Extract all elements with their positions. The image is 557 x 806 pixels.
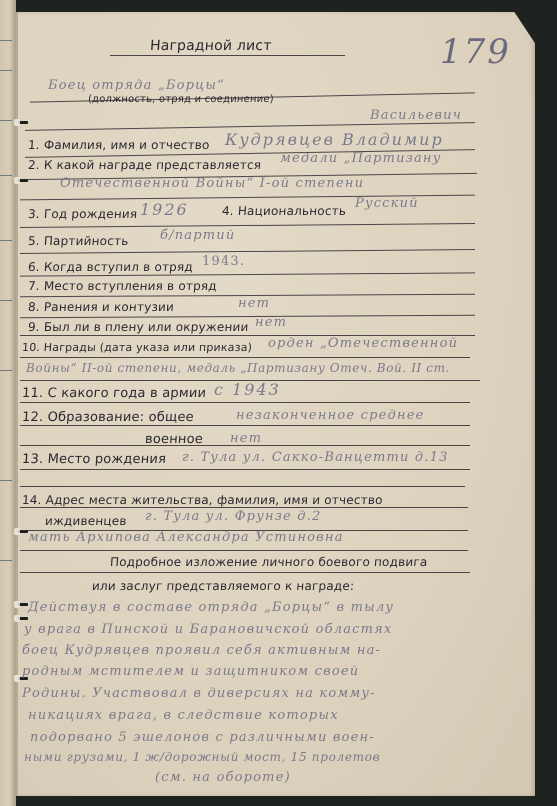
- narrative-line: у врага в Пинской и Барановичской област…: [24, 622, 393, 637]
- field-value-prior-awards: орден „Отечественной: [268, 336, 458, 351]
- field-value-birth-year: 1926: [140, 200, 189, 219]
- field-value-army-since: с 1943: [214, 380, 281, 399]
- section-heading-feat: Подробное изложение личного боевого подв…: [110, 555, 428, 569]
- rule: [20, 357, 470, 358]
- rule: [20, 550, 468, 551]
- field-value-award-cont: Отечественной Войны“ I-ой степени: [60, 176, 364, 191]
- rule: [20, 507, 468, 508]
- document-title: Наградной лист: [149, 38, 272, 54]
- narrative-line: родным мстителем и защитником своей: [22, 664, 359, 679]
- field-label-prior-awards: 10. Награды (дата указа или приказа): [22, 341, 253, 354]
- rule: [20, 486, 465, 487]
- binding-hole: [18, 603, 28, 606]
- field-value-nationality: Русский: [355, 196, 419, 211]
- rule: [20, 425, 470, 426]
- field-value-birthplace: г. Тула ул. Сакко-Ванцетти д.13: [182, 450, 449, 465]
- archive-page-number: 179: [440, 32, 511, 72]
- position-caption: (должность, отряд и соединение): [88, 94, 275, 105]
- field-label-birth-year: 3. Год рождения: [28, 207, 138, 221]
- rule: [20, 402, 470, 403]
- field-value-education-general: незаконченное среднее: [236, 408, 425, 423]
- narrative-line: Родины. Участвовал в диверсиях на комму-: [22, 686, 376, 701]
- field-label-education: 12. Образование: общее: [21, 410, 194, 425]
- field-label-dependents: иждивенцев: [45, 514, 128, 528]
- field-value-dependent-name: мать Архипова Александра Устиновна: [28, 530, 344, 545]
- narrative-line: никациях врага, в следствие которых: [28, 708, 339, 723]
- field-value-address: г. Тула ул. Фрунзе д.2: [145, 509, 321, 524]
- position-value: Боец отряда „Борцы“: [48, 78, 225, 93]
- field-value-award: медали „Партизану: [280, 151, 441, 166]
- field-value-education-military: нет: [230, 431, 262, 446]
- field-value-prior-awards-cont: Войны“ II-ой степени, медаль „Партизану …: [26, 361, 450, 375]
- field-label-place-joined: 7. Место вступления в отряд: [28, 279, 218, 293]
- narrative-line: ными грузами, 1 ж/дорожный мост, 15 прол…: [24, 750, 380, 764]
- field-label-birthplace: 13. Место рождения: [21, 452, 166, 467]
- field-label-army-since: 11. С какого года в армии: [21, 386, 206, 401]
- binding-hole: [18, 617, 28, 620]
- field-value-party: б/партий: [160, 228, 235, 243]
- field-value-captivity: нет: [255, 315, 287, 330]
- narrative-line: подорвано 5 эшелонов с различными воен-: [30, 730, 375, 745]
- field-label-captivity: 9. Был ли в плену или окружении: [28, 320, 249, 334]
- narrative-line: Действуя в составе отряда „Борцы“ в тылу: [28, 600, 394, 615]
- field-label-nationality: 4. Национальность: [222, 204, 347, 218]
- field-label-award: 2. К какой награде представляется: [28, 158, 262, 172]
- rule: [110, 55, 345, 56]
- field-label-address: 14. Адрес места жительства, фамилия, имя…: [22, 493, 384, 507]
- continued-on-reverse-note: (см. на обороте): [155, 770, 291, 785]
- field-value-wounds: нет: [238, 296, 270, 311]
- field-label-party: 5. Партийность: [28, 234, 129, 248]
- rule: [20, 445, 470, 446]
- section-heading-merits: или заслуг представляемого к награде:: [92, 579, 355, 593]
- narrative-line: боец Кудрявцев проявил себя активным на-: [22, 643, 381, 658]
- rule: [20, 469, 470, 470]
- field-value-full-name: Кудрявцев Владимир: [225, 130, 444, 149]
- field-label-joined-unit: 6. Когда вступил в отряд: [28, 260, 194, 274]
- field-label-full-name: 1. Фамилия, имя и отчество: [28, 138, 211, 152]
- field-value-joined-unit: 1943.: [202, 254, 245, 269]
- rule: [20, 572, 470, 573]
- binding-hole: [18, 121, 28, 124]
- patronymic-overflow: Васильевич: [370, 108, 462, 123]
- field-label-wounds: 8. Ранения и контузии: [28, 300, 175, 314]
